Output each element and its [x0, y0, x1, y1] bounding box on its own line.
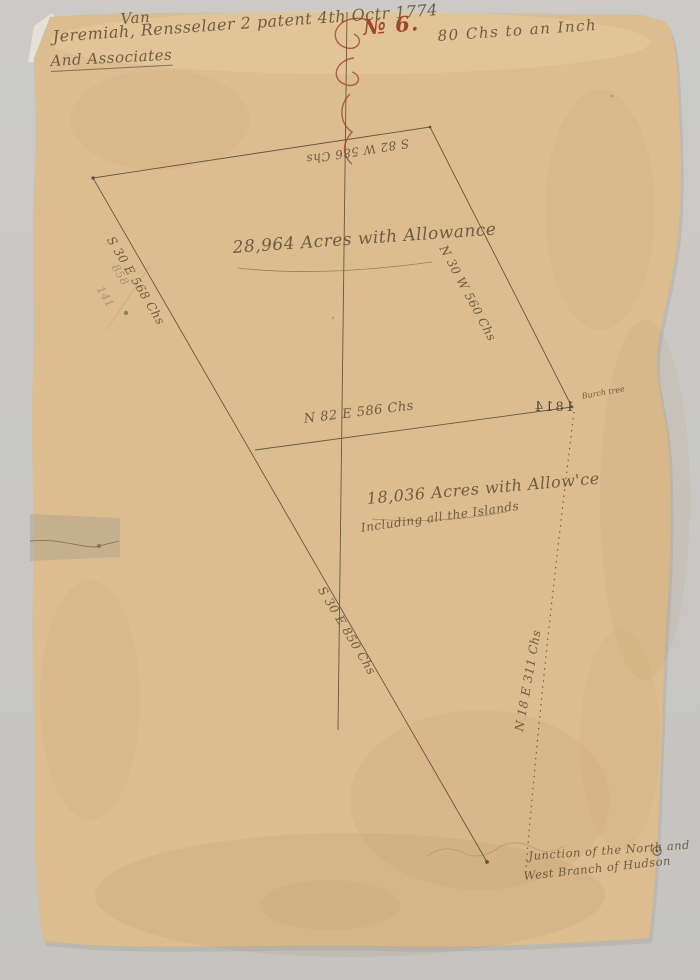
- repair-patch: [30, 514, 120, 561]
- scanned-survey-map: Van Jeremiah, Rensselaer 2 patent 4th Oc…: [0, 0, 700, 980]
- mirrored-date: 1814: [533, 400, 574, 415]
- map-number: № 6.: [362, 10, 420, 40]
